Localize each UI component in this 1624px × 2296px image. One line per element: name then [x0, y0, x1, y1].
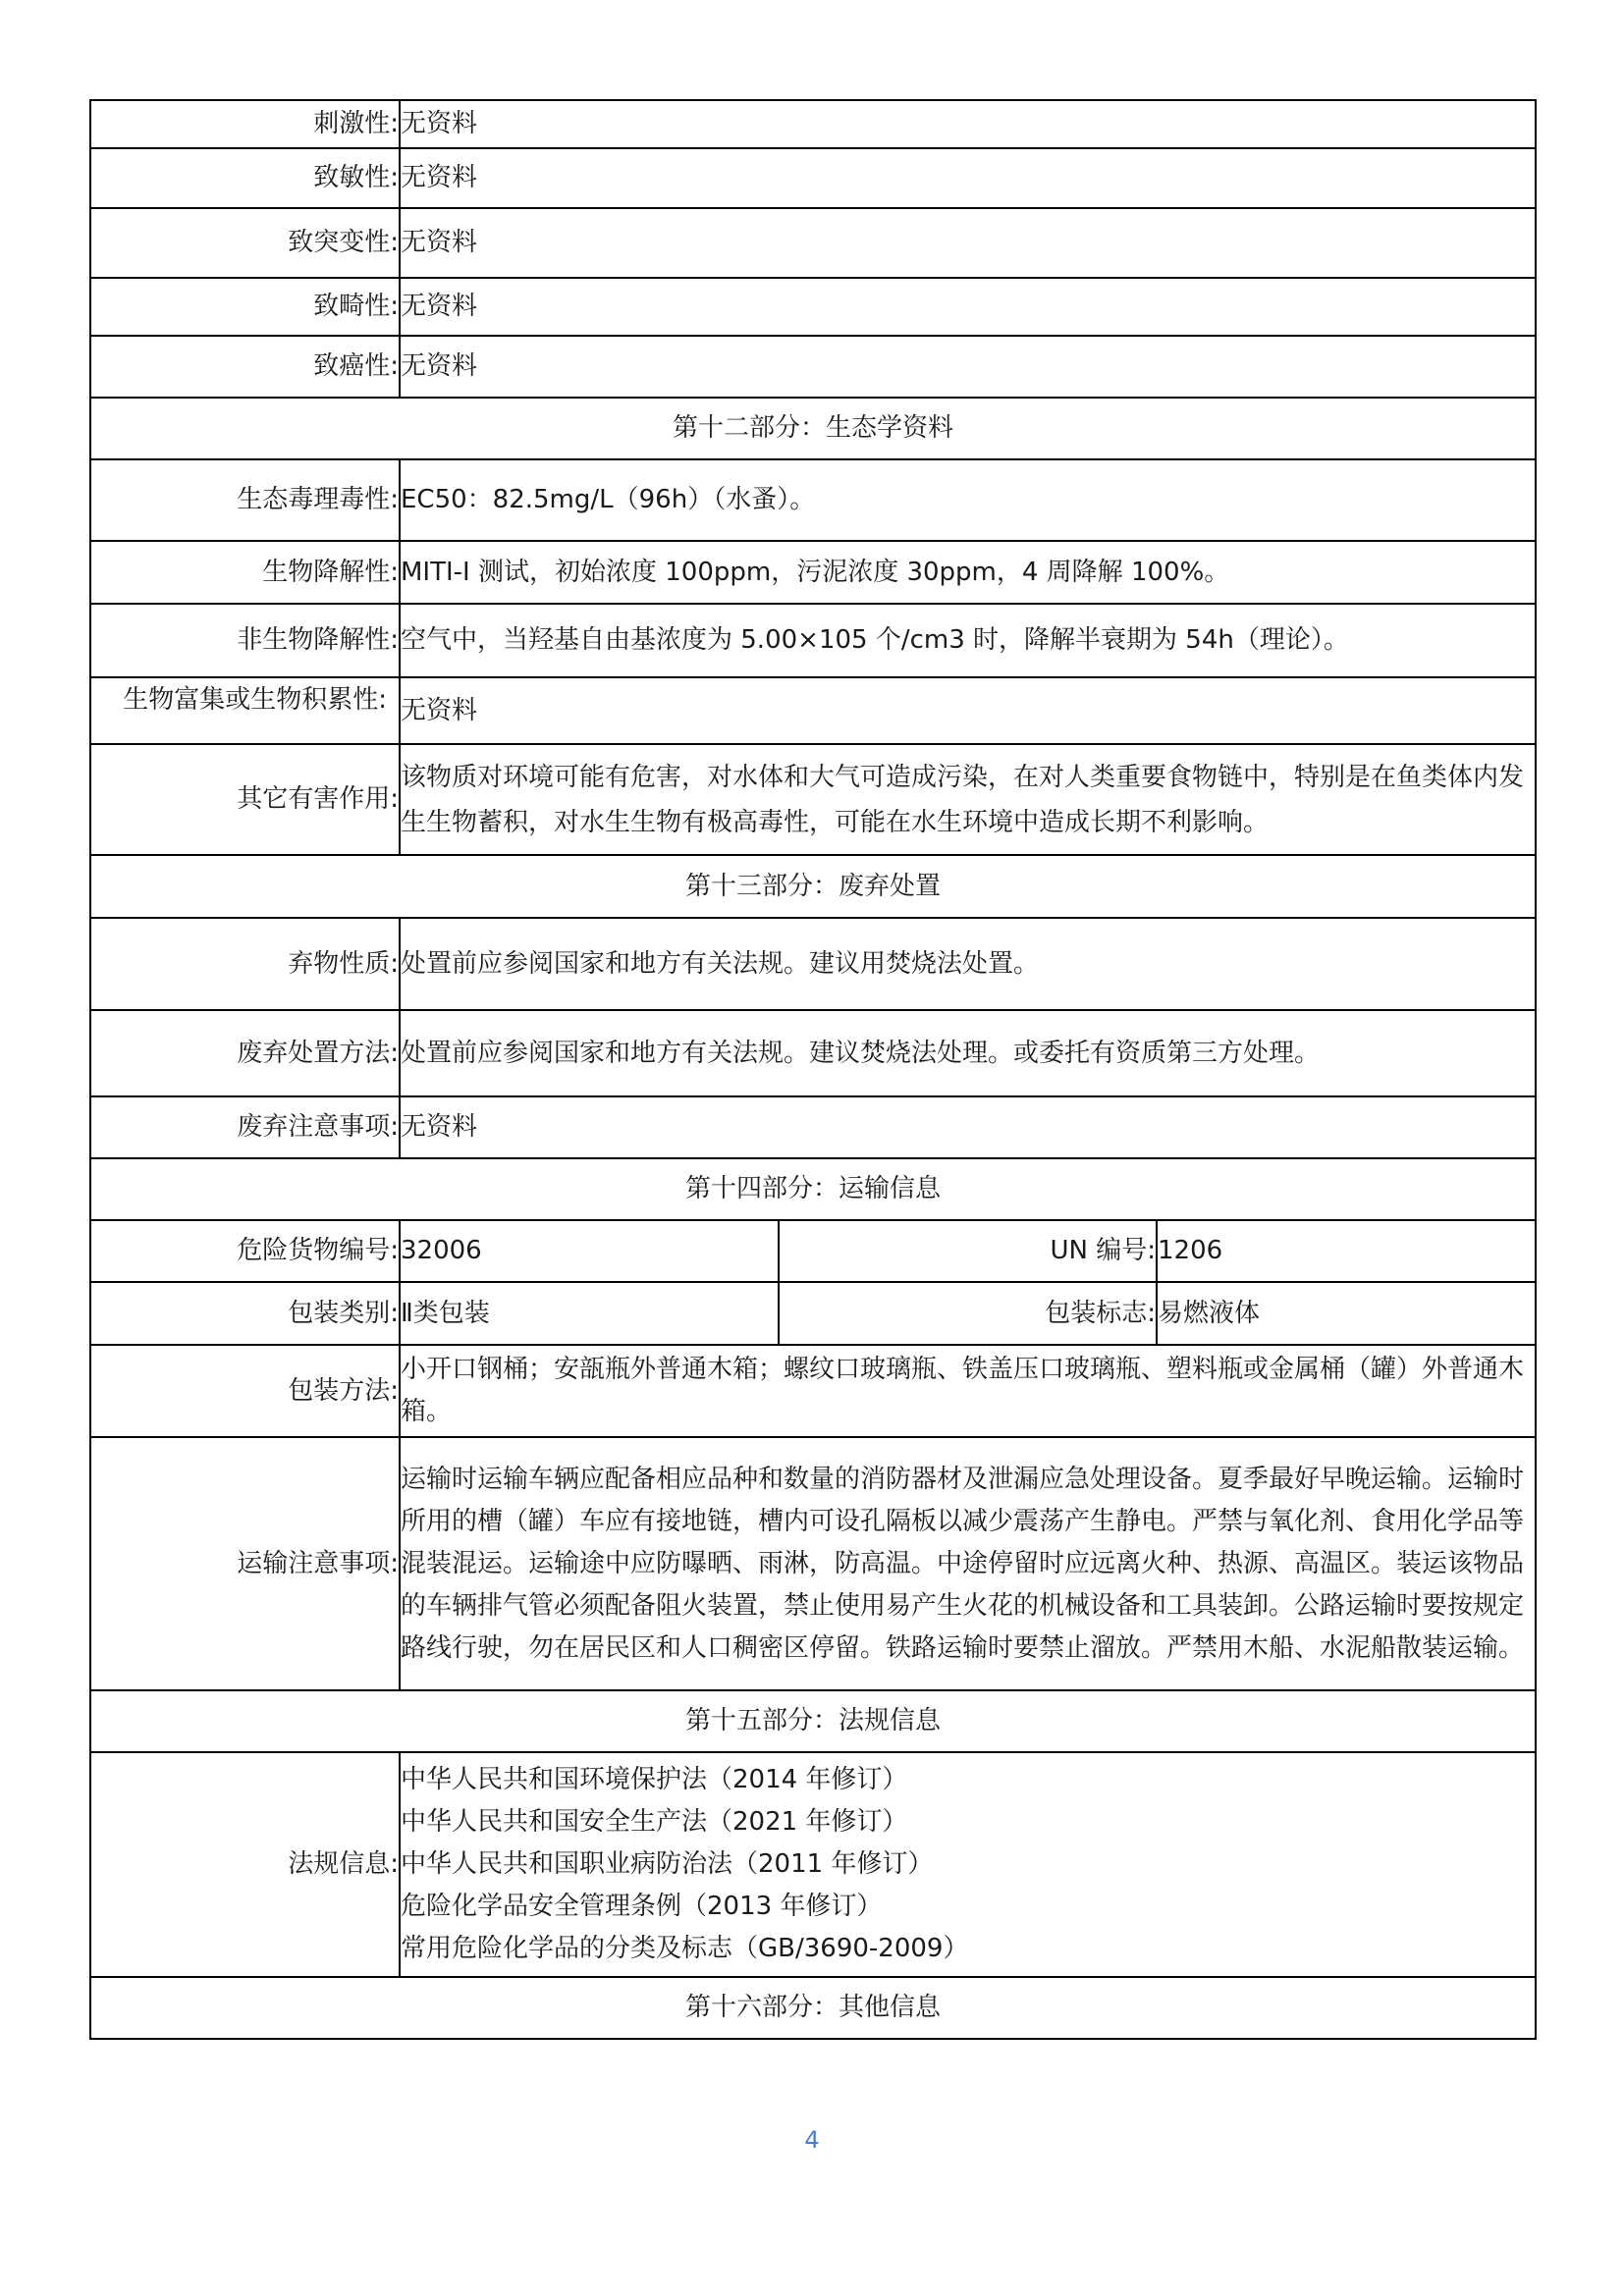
table-row-ecotoxicity: 生态毒理毒性: EC50：82.5mg/L（96h）（水蚤）。 [90, 459, 1536, 541]
dangerous-goods-number: 32006 [400, 1220, 779, 1282]
field-value: 运输时运输车辆应配备相应品种和数量的消防器材及泄漏应急处理设备。夏季最好早晚运输… [400, 1437, 1536, 1690]
field-value: 该物质对环境可能有危害，对水体和大气可造成污染，在对人类重要食物链中，特别是在鱼… [400, 744, 1536, 855]
field-label: 生物降解性: [90, 541, 400, 604]
table-row-teratogenicity: 致畸性: 无资料 [90, 278, 1536, 336]
section-header-row: 第十二部分：生态学资料 [90, 398, 1536, 459]
regulation-item: 中华人民共和国安全生产法（2021 年修订） [401, 1801, 1535, 1843]
field-value: MITI-I 测试，初始浓度 100ppm，污泥浓度 30ppm，4 周降解 1… [400, 541, 1536, 604]
table-row-disposal-precautions: 废弃注意事项: 无资料 [90, 1096, 1536, 1158]
field-label: 运输注意事项: [90, 1437, 400, 1690]
field-label: 废弃注意事项: [90, 1096, 400, 1158]
table-row-regulations: 法规信息: 中华人民共和国环境保护法（2014 年修订） 中华人民共和国安全生产… [90, 1752, 1536, 1977]
regulation-item: 中华人民共和国环境保护法（2014 年修订） [401, 1759, 1535, 1801]
table-row-bioaccumulation: 生物富集或生物积累性: 无资料 [90, 677, 1536, 744]
field-label: UN 编号: [779, 1220, 1157, 1282]
packing-mark: 易燃液体 [1157, 1282, 1536, 1345]
field-label: 致突变性: [90, 208, 400, 278]
section-title-transport: 第十四部分：运输信息 [90, 1158, 1536, 1220]
regulation-item: 中华人民共和国职业病防治法（2011 年修订） [401, 1843, 1535, 1886]
table-row-disposal-method: 废弃处置方法: 处置前应参阅国家和地方有关法规。建议焚烧法处理。或委托有资质第三… [90, 1010, 1536, 1096]
field-value: 无资料 [400, 208, 1536, 278]
field-label: 致癌性: [90, 336, 400, 398]
field-label: 生态毒理毒性: [90, 459, 400, 541]
field-label: 包装类别: [90, 1282, 400, 1345]
field-label: 其它有害作用: [90, 744, 400, 855]
field-value: 无资料 [400, 1096, 1536, 1158]
table-row-transport-ids: 危险货物编号: 32006 UN 编号: 1206 [90, 1220, 1536, 1282]
field-value: 无资料 [400, 336, 1536, 398]
table-row-abiotic-degradability: 非生物降解性: 空气中，当羟基自由基浓度为 5.00×105 个/cm3 时，降… [90, 604, 1536, 677]
field-label: 废弃处置方法: [90, 1010, 400, 1096]
section-title-ecology: 第十二部分：生态学资料 [90, 398, 1536, 459]
field-label: 致敏性: [90, 148, 400, 208]
table-row-carcinogenicity: 致癌性: 无资料 [90, 336, 1536, 398]
regulation-item: 常用危险化学品的分类及标志（GB/3690-2009） [401, 1928, 1535, 1970]
field-label: 致畸性: [90, 278, 400, 336]
section-header-row: 第十六部分：其他信息 [90, 1977, 1536, 2039]
field-value: 无资料 [400, 278, 1536, 336]
sds-page: 刺激性: 无资料 致敏性: 无资料 致突变性: 无资料 致畸性: 无资料 致癌性… [89, 99, 1535, 2040]
table-row-other-adverse-effects: 其它有害作用: 该物质对环境可能有危害，对水体和大气可造成污染，在对人类重要食物… [90, 744, 1536, 855]
field-label: 弃物性质: [90, 918, 400, 1010]
regulation-item: 危险化学品安全管理条例（2013 年修订） [401, 1886, 1535, 1928]
table-row-biodegradability: 生物降解性: MITI-I 测试，初始浓度 100ppm，污泥浓度 30ppm，… [90, 541, 1536, 604]
field-value: EC50：82.5mg/L（96h）（水蚤）。 [400, 459, 1536, 541]
table-row-packing: 包装类别: Ⅱ类包装 包装标志: 易燃液体 [90, 1282, 1536, 1345]
field-value: 无资料 [400, 148, 1536, 208]
field-value: 小开口钢桶；安瓿瓶外普通木箱；螺纹口玻璃瓶、铁盖压口玻璃瓶、塑料瓶或金属桶（罐）… [400, 1345, 1536, 1437]
section-header-row: 第十三部分：废弃处置 [90, 855, 1536, 918]
sds-table: 刺激性: 无资料 致敏性: 无资料 致突变性: 无资料 致畸性: 无资料 致癌性… [89, 99, 1537, 2040]
table-row-sensitization: 致敏性: 无资料 [90, 148, 1536, 208]
field-label: 生物富集或生物积累性: [90, 677, 400, 744]
table-row-mutagenicity: 致突变性: 无资料 [90, 208, 1536, 278]
section-title-disposal: 第十三部分：废弃处置 [90, 855, 1536, 918]
section-header-row: 第十五部分：法规信息 [90, 1690, 1536, 1752]
table-row-transport-precautions: 运输注意事项: 运输时运输车辆应配备相应品种和数量的消防器材及泄漏应急处理设备。… [90, 1437, 1536, 1690]
field-label: 非生物降解性: [90, 604, 400, 677]
field-value: 无资料 [400, 677, 1536, 744]
field-label: 危险货物编号: [90, 1220, 400, 1282]
table-row-packing-method: 包装方法: 小开口钢桶；安瓿瓶外普通木箱；螺纹口玻璃瓶、铁盖压口玻璃瓶、塑料瓶或… [90, 1345, 1536, 1437]
regulations-list: 中华人民共和国环境保护法（2014 年修订） 中华人民共和国安全生产法（2021… [400, 1752, 1536, 1977]
field-label-text: 生物富集或生物积累性: [91, 682, 387, 743]
section-header-row: 第十四部分：运输信息 [90, 1158, 1536, 1220]
table-row-waste-properties: 弃物性质: 处置前应参阅国家和地方有关法规。建议用焚烧法处置。 [90, 918, 1536, 1010]
field-label: 刺激性: [90, 100, 400, 148]
section-title-other-info: 第十六部分：其他信息 [90, 1977, 1536, 2039]
un-number: 1206 [1157, 1220, 1536, 1282]
field-value: 空气中，当羟基自由基浓度为 5.00×105 个/cm3 时，降解半衰期为 54… [400, 604, 1536, 677]
field-value: 处置前应参阅国家和地方有关法规。建议用焚烧法处置。 [400, 918, 1536, 1010]
page-number: 4 [0, 2126, 1624, 2154]
field-label: 包装方法: [90, 1345, 400, 1437]
field-label: 包装标志: [779, 1282, 1157, 1345]
packing-class: Ⅱ类包装 [400, 1282, 779, 1345]
field-label: 法规信息: [90, 1752, 400, 1977]
field-value: 无资料 [400, 100, 1536, 148]
section-title-regulations: 第十五部分：法规信息 [90, 1690, 1536, 1752]
table-row-irritation: 刺激性: 无资料 [90, 100, 1536, 148]
field-value: 处置前应参阅国家和地方有关法规。建议焚烧法处理。或委托有资质第三方处理。 [400, 1010, 1536, 1096]
